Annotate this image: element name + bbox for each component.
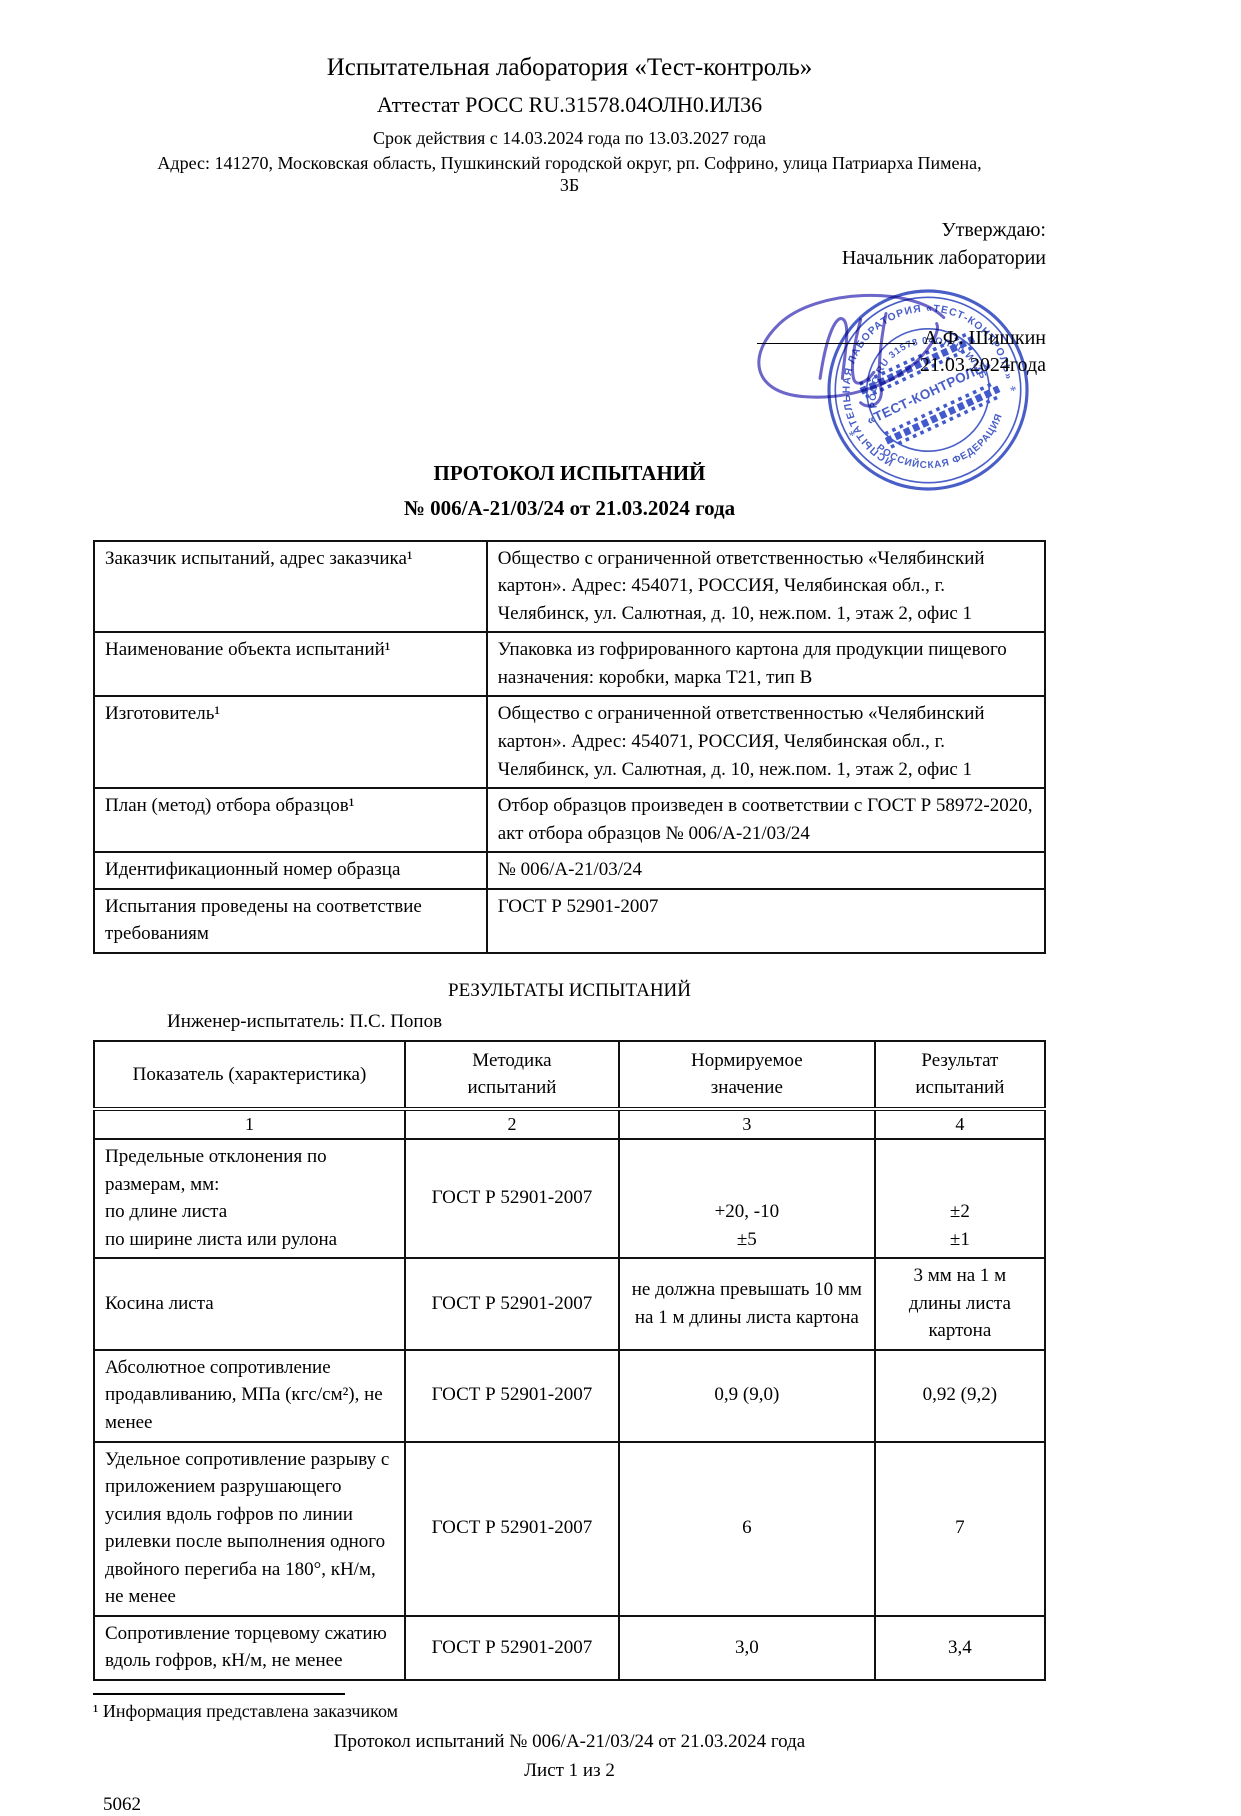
table-row: Испытания проведены на соответствие треб… [94, 889, 1045, 953]
result-cell: 3,4 [875, 1616, 1045, 1680]
indicator-cell: Абсолютное сопротивление продавливанию, … [94, 1350, 405, 1442]
table-row: Косина листа ГОСТ Р 52901-2007 не должна… [94, 1258, 1045, 1350]
result-cell: 7 [875, 1442, 1045, 1616]
info-label: Наименование объекта испытаний¹ [94, 632, 487, 696]
table-row: Абсолютное сопротивление продавливанию, … [94, 1350, 1045, 1442]
info-value: Общество с ограниченной ответственностью… [487, 541, 1045, 633]
document-number: № 006/А-21/03/24 от 21.03.2024 года [93, 496, 1046, 521]
indicator-cell: Сопротивление торцевому сжатию вдоль гоф… [94, 1616, 405, 1680]
results-section-title: РЕЗУЛЬТАТЫ ИСПЫТАНИЙ [93, 980, 1046, 1002]
norm-cell: 3,0 [619, 1616, 875, 1680]
method-cell: ГОСТ Р 52901-2007 [405, 1258, 619, 1350]
table-row: Изготовитель¹ Общество с ограниченной от… [94, 696, 1045, 788]
info-value: Упаковка из гофрированного картона для п… [487, 632, 1045, 696]
footnote-separator [93, 1693, 345, 1695]
column-header: Методика испытаний [405, 1041, 619, 1109]
column-number: 4 [875, 1109, 1045, 1139]
norm-cell: не должна превышать 10 мм на 1 м длины л… [619, 1258, 875, 1350]
approver-position: Начальник лаборатории [93, 247, 1046, 270]
signature-row: А.Ф. Шишкин [93, 326, 1046, 350]
info-label: План (метод) отбора образцов¹ [94, 788, 487, 852]
stamp-guilloche-band [883, 382, 1002, 448]
method-cell: ГОСТ Р 52901-2007 [405, 1442, 619, 1616]
table-row: План (метод) отбора образцов¹ Отбор обра… [94, 788, 1045, 852]
table-row: Сопротивление торцевому сжатию вдоль гоф… [94, 1616, 1045, 1680]
info-label: Идентификационный номер образца [94, 852, 487, 889]
stamp-separator-left: * [847, 427, 858, 443]
result-cell: ±2 ±1 [875, 1139, 1045, 1258]
indicator-cell: Удельное сопротивление разрыву с приложе… [94, 1442, 405, 1616]
footer-code: 5062 [93, 1794, 1046, 1816]
approval-block: Утверждаю: Начальник лаборатории А.Ф. Ши… [93, 219, 1046, 433]
norm-cell: +20, -10 ±5 [619, 1139, 875, 1258]
column-number-row: 1 2 3 4 [94, 1109, 1045, 1139]
result-cell: 0,92 (9,2) [875, 1350, 1045, 1442]
results-header-row: Показатель (характеристика) Методика исп… [94, 1041, 1045, 1109]
signature-line [757, 326, 915, 344]
info-label: Испытания проведены на соответствие треб… [94, 889, 487, 953]
indicator-cell: Предельные отклонения по размерам, мм: п… [94, 1139, 405, 1258]
method-cell: ГОСТ Р 52901-2007 [405, 1350, 619, 1442]
norm-cell: 0,9 (9,0) [619, 1350, 875, 1442]
info-table: Заказчик испытаний, адрес заказчика¹ Общ… [93, 540, 1046, 954]
table-row: Заказчик испытаний, адрес заказчика¹ Общ… [94, 541, 1045, 633]
table-row: Идентификационный номер образца № 006/А-… [94, 852, 1045, 889]
info-label: Изготовитель¹ [94, 696, 487, 788]
column-number: 3 [619, 1109, 875, 1139]
results-table: Показатель (характеристика) Методика исп… [93, 1040, 1046, 1681]
table-row: Предельные отклонения по размерам, мм: п… [94, 1139, 1045, 1258]
attestation: Аттестат РОСС RU.31578.04ОЛН0.ИЛ36 [93, 92, 1046, 118]
norm-cell: 6 [619, 1442, 875, 1616]
column-number: 1 [94, 1109, 405, 1139]
footer-sheet-number: Лист 1 из 2 [93, 1760, 1046, 1782]
column-header: Показатель (характеристика) [94, 1041, 405, 1109]
result-cell: 3 мм на 1 м длины листа картона [875, 1258, 1045, 1350]
column-header: Нормируемое значение [619, 1041, 875, 1109]
approve-label: Утверждаю: [93, 219, 1046, 242]
document-page: Испытательная лаборатория «Тест-контроль… [93, 0, 1046, 1816]
document-header: Испытательная лаборатория «Тест-контроль… [93, 0, 1046, 197]
column-number: 2 [405, 1109, 619, 1139]
info-value: ГОСТ Р 52901-2007 [487, 889, 1045, 953]
info-value: Отбор образцов произведен в соответствии… [487, 788, 1045, 852]
lab-address: Адрес: 141270, Московская область, Пушки… [93, 152, 1046, 197]
table-row: Удельное сопротивление разрыву с приложе… [94, 1442, 1045, 1616]
stamp-ring-top-text: ИСПЫТАТЕЛЬНАЯ ЛАБОРАТОРИЯ «ТЕСТ-КОНТРОЛЬ… [822, 284, 1028, 475]
method-cell: ГОСТ Р 52901-2007 [405, 1616, 619, 1680]
document-title: ПРОТОКОЛ ИСПЫТАНИЙ [93, 461, 1046, 486]
stamp-separator-right: * [1008, 382, 1019, 398]
signature-icon [741, 279, 959, 421]
lab-name: Испытательная лаборатория «Тест-контроль… [93, 54, 1046, 83]
approval-date: 21.03.2024года [93, 354, 1046, 377]
info-label: Заказчик испытаний, адрес заказчика¹ [94, 541, 487, 633]
footer-protocol-line: Протокол испытаний № 006/А-21/03/24 от 2… [93, 1731, 1046, 1753]
engineer-line: Инженер-испытатель: П.С. Попов [93, 1011, 1046, 1033]
signer-name: А.Ф. Шишкин [923, 327, 1046, 349]
info-value: Общество с ограниченной ответственностью… [487, 696, 1045, 788]
indicator-cell: Косина листа [94, 1258, 405, 1350]
info-value: № 006/А-21/03/24 [487, 852, 1045, 889]
validity-period: Срок действия с 14.03.2024 года по 13.03… [93, 128, 1046, 149]
table-row: Наименование объекта испытаний¹ Упаковка… [94, 632, 1045, 696]
column-header: Результат испытаний [875, 1041, 1045, 1109]
title-block: ПРОТОКОЛ ИСПЫТАНИЙ № 006/А-21/03/24 от 2… [93, 461, 1046, 521]
method-cell: ГОСТ Р 52901-2007 [405, 1139, 619, 1258]
footnote: ¹ Информация представлена заказчиком [93, 1701, 1046, 1722]
